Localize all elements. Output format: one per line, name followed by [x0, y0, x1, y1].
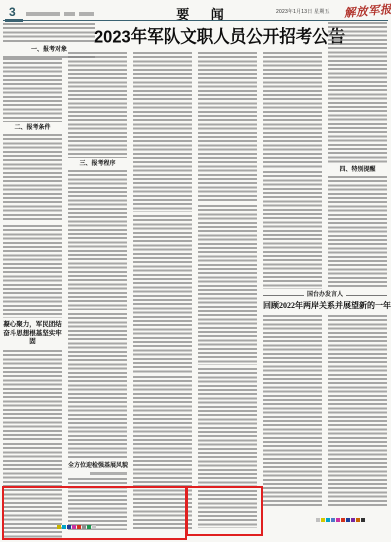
text-column-1: 二、报考条件 凝心聚力，军民团结 奋斗思想根基坚实牢固	[3, 58, 62, 539]
color-swatch	[82, 525, 86, 529]
color-swatch	[72, 525, 76, 529]
greeked-paragraph	[263, 171, 322, 289]
color-swatch	[316, 518, 320, 522]
kicker-rule-right	[346, 295, 387, 296]
color-swatch	[321, 518, 325, 522]
color-swatch	[331, 518, 335, 522]
color-swatch	[336, 518, 340, 522]
article-body	[263, 315, 387, 507]
newspaper-page: 3 要 闻 2023年1月13日 星期五 解放军报 2023年军队文职人员公开招…	[0, 0, 391, 542]
annotation-box-right	[186, 486, 263, 536]
editor-credits-text	[64, 12, 75, 16]
greeked-paragraph	[68, 52, 127, 158]
color-swatch	[92, 525, 96, 529]
greeked-paragraph	[3, 225, 62, 318]
color-bar-right	[316, 518, 365, 522]
color-bar-left	[57, 525, 96, 529]
greeked-paragraph	[263, 315, 322, 507]
greeked-paragraph	[3, 23, 95, 44]
text-column-6: 四、特别提醒	[328, 22, 387, 289]
attribution-line	[90, 472, 127, 475]
greeked-paragraph	[133, 52, 192, 212]
color-swatch	[62, 525, 66, 529]
text-column-4	[198, 52, 257, 528]
greeked-paragraph	[133, 215, 192, 373]
greeked-paragraph	[68, 313, 127, 460]
color-swatch	[77, 525, 81, 529]
greeked-paragraph	[263, 52, 322, 168]
editor-credits-text	[26, 12, 60, 16]
text-column-5	[263, 52, 322, 289]
greeked-paragraph	[3, 350, 62, 440]
page-number: 3	[9, 5, 16, 19]
section-heading-2: 二、报考条件	[3, 124, 62, 132]
greeked-paragraph	[198, 205, 257, 365]
editor-credits-text	[79, 12, 94, 16]
color-swatch	[351, 518, 355, 522]
color-swatch	[326, 518, 330, 522]
greeked-paragraph	[68, 170, 127, 310]
color-swatch	[341, 518, 345, 522]
kicker-rule-left	[263, 295, 304, 296]
text-column-2: 三、报考程序 全方位迎检强基展风貌	[68, 52, 127, 530]
color-swatch	[57, 525, 61, 529]
color-swatch	[346, 518, 350, 522]
color-swatch	[361, 518, 365, 522]
section-heading-3: 三、报考程序	[68, 160, 127, 168]
greeked-paragraph	[3, 58, 62, 122]
bottom-left-subhead: 凝心聚力，军民团结 奋斗思想根基坚实牢固	[3, 321, 62, 347]
issue-date: 2023年1月13日 星期五	[276, 8, 346, 15]
color-swatch	[67, 525, 71, 529]
article-kicker: 国台办发言人	[263, 291, 387, 299]
main-headline: 2023年军队文职人员公开招考公告	[94, 26, 336, 48]
greeked-paragraph	[328, 315, 387, 507]
greeked-paragraph	[3, 134, 62, 222]
color-swatch	[87, 525, 91, 529]
masthead-logo: 解放军报	[343, 1, 390, 21]
section-heading-4: 四、特别提醒	[328, 166, 387, 174]
article-headline: 回顾2022年两岸关系并展望新的一年	[263, 301, 387, 311]
greeked-paragraph	[328, 22, 387, 164]
text-column-3	[133, 52, 192, 531]
annotation-box-left	[2, 486, 187, 540]
header-rule	[3, 20, 388, 22]
bottom-right-article: 国台办发言人 回顾2022年两岸关系并展望新的一年	[263, 291, 387, 507]
greeked-paragraph	[328, 176, 387, 289]
inline-heading: 全方位迎检强基展风貌	[68, 462, 127, 470]
greeked-paragraph	[198, 52, 257, 202]
color-swatch	[356, 518, 360, 522]
